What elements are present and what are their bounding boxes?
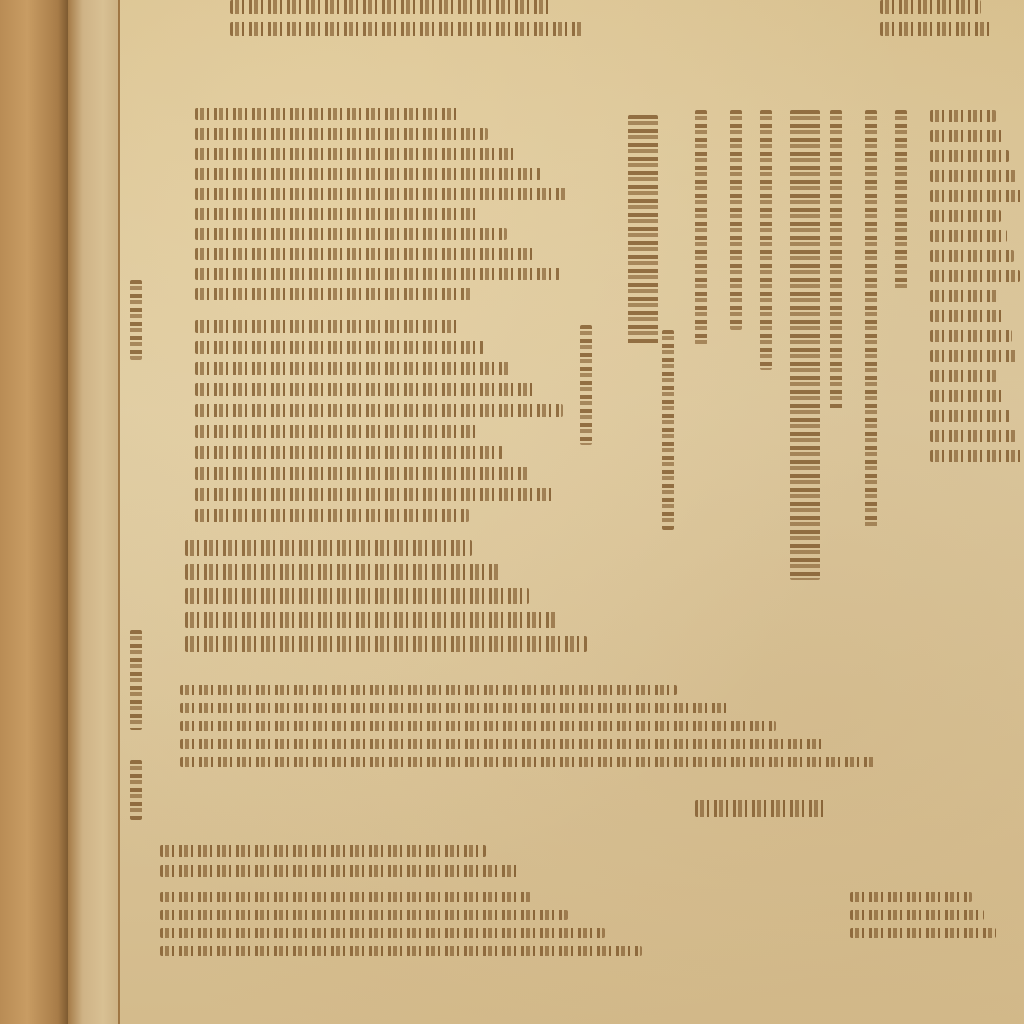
pseudo-script-line [195,128,488,140]
pseudo-script-line [195,509,469,522]
pseudo-script-line [195,108,461,120]
pseudo-script-line [185,612,558,628]
pseudo-script-line [185,636,587,652]
pseudo-script-column [130,630,142,730]
pseudo-script-line [930,150,1009,162]
pseudo-script-line [195,168,541,180]
pseudo-script-line [195,288,472,300]
pseudo-script-line [930,130,1002,142]
pseudo-script-column [130,280,142,360]
pseudo-script-line [195,208,480,220]
pseudo-script-line [930,110,996,122]
pseudo-script-line [930,210,1001,222]
pseudo-script-line [195,488,555,501]
text-block-2 [195,320,570,530]
text-block-5 [160,845,625,885]
pseudo-script-line [930,370,997,382]
pseudo-script-line [880,22,991,36]
pseudo-script-line [180,739,826,749]
pseudo-script-line [180,757,876,767]
pseudo-script-line [230,0,552,14]
pseudo-script-line [695,800,828,817]
pseudo-script-line [880,0,981,14]
pseudo-script-line [195,425,476,438]
pseudo-script-line [195,446,503,459]
pseudo-script-line [930,430,1016,442]
pseudo-script-line [850,910,984,920]
pseudo-script-line [195,383,536,396]
pseudo-script-line [850,928,996,938]
pseudo-script-line [160,928,605,938]
pseudo-script-column [895,110,907,290]
text-block-1 [195,108,575,308]
text-fragment [695,800,885,825]
pseudo-script-column [730,110,742,330]
pseudo-script-line [185,588,529,604]
text-block-3 [185,540,595,660]
pseudo-script-line [930,390,1003,402]
pseudo-script-line [195,248,533,260]
pseudo-script-column [790,110,820,580]
pseudo-script-line [930,450,1023,462]
pseudo-script-line [185,564,501,580]
scroll-fold [68,0,120,1024]
pseudo-script-line [930,230,1007,242]
pseudo-script-line [180,685,677,695]
pseudo-script-line [195,268,560,280]
pseudo-script-line [160,892,531,902]
pseudo-script-line [230,22,584,36]
pseudo-script-line [160,946,642,956]
pseudo-script-line [195,148,514,160]
pseudo-script-line [930,270,1020,282]
pseudo-script-column [130,760,142,820]
pseudo-script-column [830,110,842,410]
pseudo-script-line [930,410,1010,422]
text-block-4 [180,685,890,770]
pseudo-script-line [195,228,507,240]
pseudo-script-line [195,341,484,354]
pseudo-script-line [930,170,1016,182]
pseudo-script-line [160,845,486,857]
text-block-6 [160,892,690,962]
pseudo-script-line [930,290,999,302]
pseudo-script-line [930,190,1022,202]
pseudo-script-line [930,350,1018,362]
pseudo-script-column [580,325,592,445]
pseudo-script-line [195,320,458,333]
pseudo-script-line [160,865,518,877]
pseudo-script-line [930,250,1014,262]
pseudo-script-column [695,110,707,345]
pseudo-script-line [180,721,776,731]
scroll-rolled-edge [0,0,68,1024]
pseudo-script-line [160,910,568,920]
pseudo-script-line [850,892,972,902]
pseudo-script-line [195,404,563,417]
pseudo-script-line [195,188,567,200]
pseudo-script-line [185,540,472,556]
right-text-block [930,110,1024,475]
pseudo-script-line [930,330,1012,342]
pseudo-script-line [195,467,529,480]
pseudo-script-column [760,110,772,370]
pseudo-script-line [195,362,510,375]
pseudo-script-line [180,703,727,713]
top-text-strip [230,0,690,45]
pseudo-script-column [628,115,658,345]
pseudo-script-column [865,110,877,530]
pseudo-script-column [662,330,674,530]
pseudo-script-line [930,310,1005,322]
top-right-text-strip [880,0,1024,45]
text-block-7 [850,892,1024,947]
